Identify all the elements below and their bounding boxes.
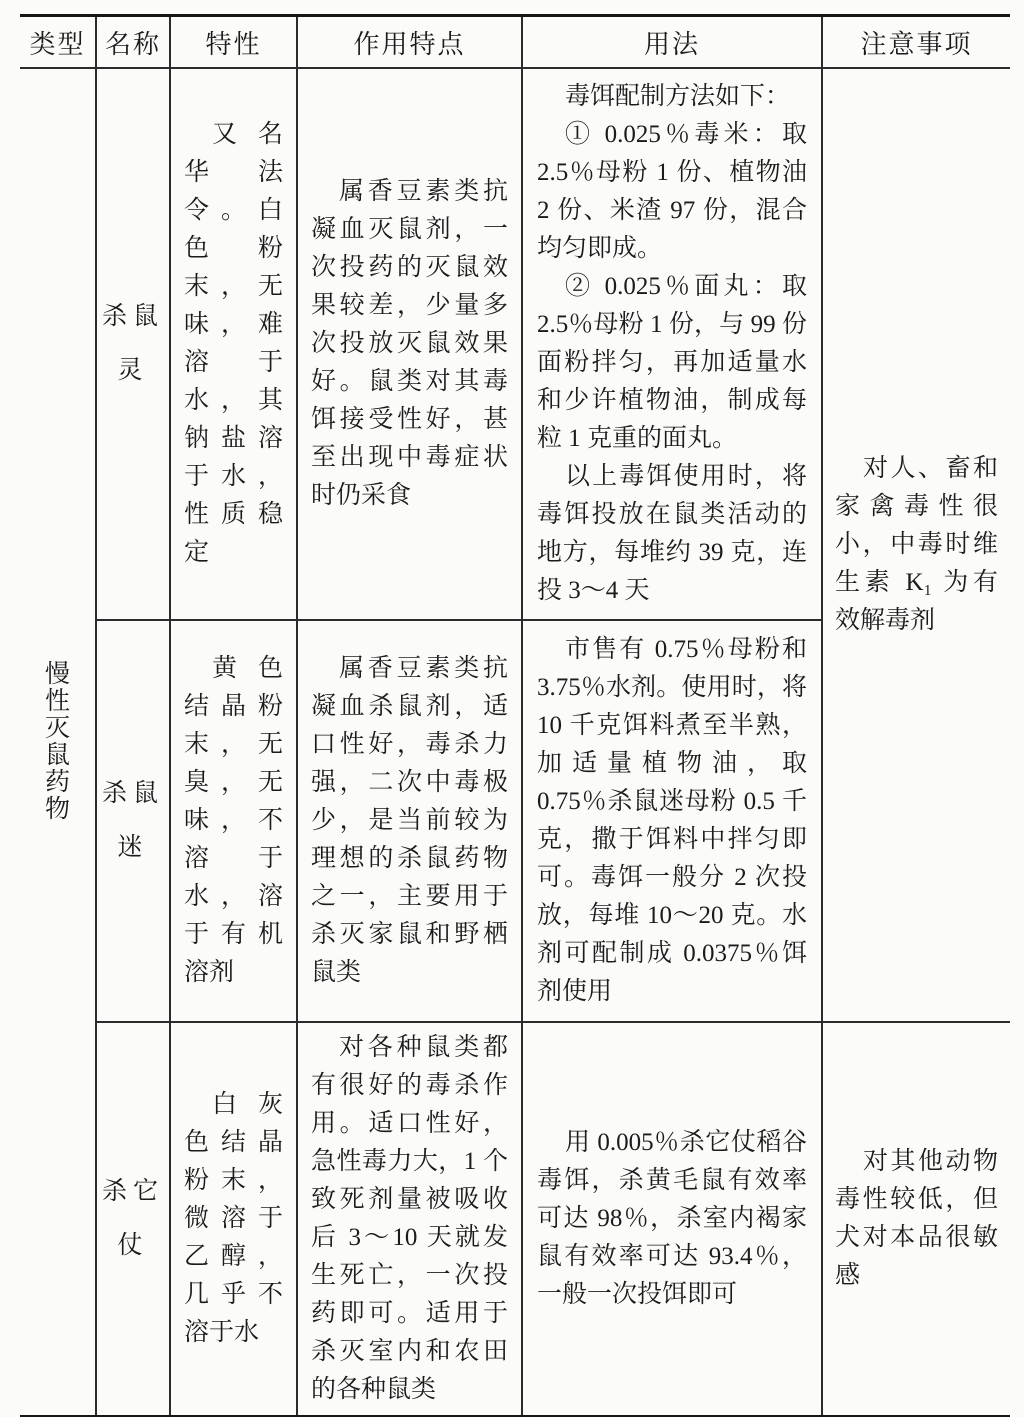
traits-paragraph: 白灰色结晶粉末，微溶于乙醇，几乎不溶于水 — [184, 1086, 283, 1352]
cell-r3-action: 对各种鼠类都有很好的毒杀作用。适口性好，急性毒力大，1 个致死剂量被吸收后 3～… — [297, 1022, 522, 1417]
usage-paragraph-1: 市售有 0.75％母粉和 3.75％水剂。使用时，将 10 千克饵料煮至半熟，加… — [537, 631, 807, 1011]
cell-r1-name: 杀鼠灵 — [96, 68, 170, 620]
cell-r3-notes: 对其他动物毒性较低，但犬对本品很敏感 — [822, 1022, 1010, 1417]
notes-paragraph: 对其他动物毒性较低，但犬对本品很敏感 — [835, 1143, 998, 1295]
header-name: 名称 — [96, 16, 170, 69]
traits-paragraph: 又名华法令。白色粉末，无味，难溶于水，其钠盐溶于水，性质稳定 — [184, 116, 283, 572]
cell-r2-usage: 市售有 0.75％母粉和 3.75％水剂。使用时，将 10 千克饵料煮至半熟，加… — [522, 620, 822, 1022]
category-vertical-text: 慢性灭鼠药物 — [44, 661, 71, 823]
header-action: 作用特点 — [297, 16, 522, 69]
cell-category: 慢性灭鼠药物 — [20, 68, 96, 1417]
header-traits: 特性 — [170, 16, 297, 69]
document-page: 类型 名称 特性 作用特点 用法 注意事项 慢性灭鼠药物 杀鼠灵 又名华法令。白… — [0, 0, 1024, 1417]
rodenticide-table: 类型 名称 特性 作用特点 用法 注意事项 慢性灭鼠药物 杀鼠灵 又名华法令。白… — [20, 14, 1010, 1417]
table-row-shatazhang: 杀它仗 白灰色结晶粉末，微溶于乙醇，几乎不溶于水 对各种鼠类都有很好的毒杀作用。… — [20, 1022, 1010, 1417]
cell-r1-notes: 对人、畜和家禽毒性很小，中毒时维生素 K₁ 为有效解毒剂 — [822, 68, 1010, 1022]
table-row-shashuling: 慢性灭鼠药物 杀鼠灵 又名华法令。白色粉末，无味，难溶于水，其钠盐溶于水，性质稳… — [20, 68, 1010, 620]
cell-r3-name: 杀它仗 — [96, 1022, 170, 1417]
cell-r2-traits: 黄色结晶粉末，无臭，无味，不溶于水，溶于有机溶剂 — [170, 620, 297, 1022]
cell-r1-traits: 又名华法令。白色粉末，无味，难溶于水，其钠盐溶于水，性质稳定 — [170, 68, 297, 620]
action-paragraph: 属香豆素类抗凝血杀鼠剂，适口性好，毒杀力强，二次中毒极少，是当前较为理想的杀鼠药… — [311, 650, 508, 992]
cell-r3-usage: 用 0.005％杀它仗稻谷毒饵，杀黄毛鼠有效率可达 98％，杀室内褐家鼠有效率可… — [522, 1022, 822, 1417]
header-usage: 用法 — [522, 16, 822, 69]
usage-paragraph-1: 毒饵配制方法如下： — [537, 78, 807, 116]
usage-paragraph-3: ② 0.025％面丸：取2.5％母粉 1 份，与 99 份面粉拌匀，再加适量水和… — [537, 268, 807, 458]
cell-r2-name: 杀鼠迷 — [96, 620, 170, 1022]
header-notes: 注意事项 — [822, 16, 1010, 69]
cell-r1-usage: 毒饵配制方法如下： ① 0.025％毒米：取2.5％母粉 1 份、植物油 2 份… — [522, 68, 822, 620]
notes-paragraph: 对人、畜和家禽毒性很小，中毒时维生素 K₁ 为有效解毒剂 — [835, 450, 998, 640]
header-type: 类型 — [20, 16, 96, 69]
action-paragraph: 属香豆素类抗凝血灭鼠剂，一次投药的灭鼠效果较差，少量多次投放灭鼠效果好。鼠类对其… — [311, 173, 508, 515]
cell-r2-action: 属香豆素类抗凝血杀鼠剂，适口性好，毒杀力强，二次中毒极少，是当前较为理想的杀鼠药… — [297, 620, 522, 1022]
traits-paragraph: 黄色结晶粉末，无臭，无味，不溶于水，溶于有机溶剂 — [184, 650, 283, 992]
action-paragraph: 对各种鼠类都有很好的毒杀作用。适口性好，急性毒力大，1 个致死剂量被吸收后 3～… — [311, 1029, 508, 1409]
header-row: 类型 名称 特性 作用特点 用法 注意事项 — [20, 16, 1010, 69]
cell-r3-traits: 白灰色结晶粉末，微溶于乙醇，几乎不溶于水 — [170, 1022, 297, 1417]
usage-paragraph-2: ① 0.025％毒米：取2.5％母粉 1 份、植物油 2 份、米渣 97 份，混… — [537, 116, 807, 268]
usage-paragraph-1: 用 0.005％杀它仗稻谷毒饵，杀黄毛鼠有效率可达 98％，杀室内褐家鼠有效率可… — [537, 1124, 807, 1314]
cell-r1-action: 属香豆素类抗凝血灭鼠剂，一次投药的灭鼠效果较差，少量多次投放灭鼠效果好。鼠类对其… — [297, 68, 522, 620]
usage-paragraph-4: 以上毒饵使用时，将毒饵投放在鼠类活动的地方，每堆约 39 克，连投 3～4 天 — [537, 458, 807, 610]
